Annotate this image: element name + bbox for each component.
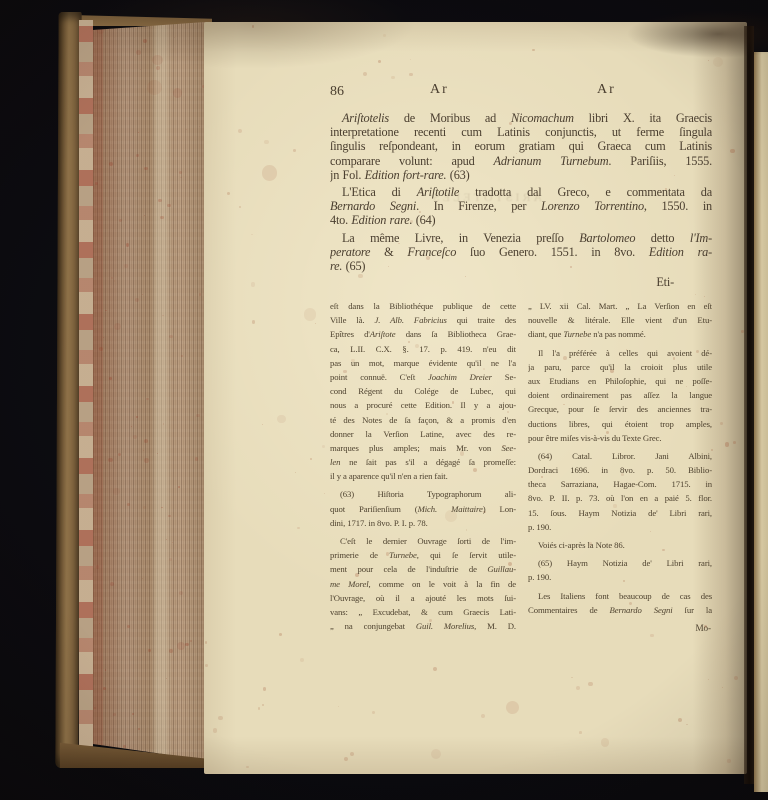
foxing-speck (297, 527, 299, 529)
foxing-speck (103, 337, 104, 338)
foxing-speck (126, 243, 129, 246)
foxing-speck (169, 649, 173, 653)
text-line: Ville là. J. Alb. Fabricius qui traite d… (330, 315, 516, 329)
foxing-speck (264, 140, 268, 144)
foxing-speck (708, 679, 709, 680)
foxing-speck (713, 57, 723, 67)
foxing-speck (601, 738, 610, 747)
foxing-speck (218, 716, 222, 720)
foxing-speck (251, 234, 253, 236)
text-line: té des Notes de ſa façon, & a promis d'e… (330, 415, 516, 429)
foxing-speck (252, 25, 255, 28)
foxing-speck (119, 219, 122, 222)
text-line: pour être miſes vis-à-vis du Texte Grec. (528, 433, 712, 447)
foxing-speck (704, 296, 705, 297)
text-line: (64) Catal. Libror. Jani Albini, (528, 451, 712, 465)
foxing-speck (576, 686, 580, 690)
foxing-speck (262, 165, 278, 181)
foxing-speck (344, 757, 348, 761)
foxing-speck (196, 414, 199, 417)
text-line: aux Etudians en Philoſophie, qui ne poſſ… (528, 376, 712, 390)
foxing-speck (99, 623, 100, 624)
foxing-speck (239, 206, 241, 208)
foxing-speck (143, 450, 144, 451)
foxing-speck (174, 37, 175, 38)
page-edge-speckles (93, 22, 205, 760)
text-line: interpretatione recenti cum Latinis conj… (330, 125, 712, 139)
foxing-speck (105, 669, 106, 670)
foxing-speck (158, 199, 162, 203)
foxing-speck (733, 441, 736, 444)
foxing-speck (383, 34, 386, 37)
text-line: primerie de Turnebe, qui ſe ſervit utile… (330, 550, 516, 564)
foxing-speck (110, 582, 114, 586)
foxing-speck (205, 664, 208, 667)
foxing-speck (136, 416, 138, 418)
foxing-speck (179, 591, 183, 595)
foxing-speck (199, 126, 200, 127)
footnotes-section: eſt dans la Bibliothéque publique de cet… (330, 301, 712, 637)
foxing-speck (160, 216, 164, 220)
foxing-speck (579, 731, 582, 734)
foxing-speck (431, 749, 441, 759)
foxing-speck (180, 177, 181, 178)
notes-left-column: eſt dans la Bibliothéque publique de cet… (330, 301, 516, 637)
foxing-speck (722, 687, 723, 688)
foxing-speck (114, 280, 116, 282)
foxing-speck (142, 578, 143, 579)
foxing-speck (324, 493, 325, 494)
text-line: eſt dans la Bibliothéque publique de cet… (330, 301, 516, 315)
foxing-speck (227, 192, 230, 195)
text-line: La même Livre, in Venezia preſſo Bartolo… (330, 231, 712, 245)
foxing-speck (127, 503, 130, 506)
text-line: marques plus amples; mais Mr. von See- (330, 443, 516, 457)
foxing-speck (279, 633, 282, 636)
notes-right-column: „ LV. xii Cal. Mart. „ La Verſion en eſt… (528, 301, 712, 637)
text-line: Commentaires de Bernardo Segni ſur la (528, 605, 712, 619)
foxing-speck (133, 435, 137, 439)
foxing-speck (144, 439, 148, 443)
foxing-speck (263, 687, 266, 690)
foxing-speck (177, 642, 184, 649)
paragraph: Voiés ci-après la Note 86. (528, 540, 712, 554)
text-line: 4to. Edition rare. (64) (330, 213, 712, 227)
foxing-speck (135, 298, 139, 302)
text-line: L'Etica di Ariſtotile tradotta dal Greco… (330, 185, 712, 199)
foxing-speck (277, 415, 286, 424)
foxing-speck (378, 60, 381, 63)
foxing-speck (103, 687, 106, 690)
text-line: jn Fol. Edition fort-rare. (63) (330, 168, 712, 182)
foxing-speck (111, 277, 113, 279)
adjacent-page-sliver (754, 52, 768, 792)
text-line: „ LV. xii Cal. Mart. „ La Verſion en eſt (528, 301, 712, 315)
foxing-speck (161, 507, 162, 508)
foxing-speck (143, 506, 146, 509)
paragraph: C'eſt le dernier Ouvrage ſorti de l'im-p… (330, 536, 516, 635)
foxing-speck (144, 458, 148, 462)
foxing-speck (410, 59, 411, 60)
main-paragraphs: Ariſtotelis de Moribus ad Nicomachum lib… (330, 111, 712, 273)
paragraph: Il l'a préférée à celles qui avoient dé-… (528, 348, 712, 447)
text-line: vans: „ Excudebat, & cum Graecis Lati- (330, 607, 516, 621)
text-line: 15. ſous. Haym Notizia de' Libri rari, (528, 508, 712, 522)
text-line: ſingulis reſpondeant, in eorum gratiam q… (330, 139, 712, 153)
mid-catchword: Eti- (330, 275, 712, 289)
foxing-speck (251, 282, 255, 286)
foxing-speck (166, 678, 167, 679)
foxing-speck (571, 677, 572, 678)
foxing-speck (181, 355, 183, 357)
text-line: „ na conjungebat Guil. Morelius, M. D. (330, 621, 516, 635)
text-line: ductions libres, qui étoient trop amples… (528, 419, 712, 433)
running-head-right: Ar (597, 82, 616, 98)
running-head-left: Ar (430, 82, 449, 98)
page-gutter-shadow (744, 26, 754, 784)
foxing-speck (124, 264, 128, 268)
foxing-speck (246, 766, 249, 769)
text-line: doient ordinairement pas aſſez la langue (528, 390, 712, 404)
foxing-speck (252, 320, 255, 323)
foxing-speck (148, 649, 151, 652)
paragraph: Les Italiens font beaucoup de cas desCom… (528, 591, 712, 619)
foxing-speck (179, 171, 182, 174)
paragraph: L'Etica di Ariſtotile tradotta dal Greco… (330, 185, 712, 228)
text-line: cond Régent du Colége de Lubec, qui (330, 386, 516, 400)
text-line: Grecque, pour ſe ſervir des anciennes tr… (528, 404, 712, 418)
running-header: 86 Ar Ar (330, 84, 712, 104)
paragraph: Ariſtotelis de Moribus ad Nicomachum lib… (330, 111, 712, 182)
foxing-speck (162, 315, 164, 317)
text-line: (65) Haym Notizia de' Libri rari, (528, 558, 712, 572)
foxing-speck (138, 728, 140, 730)
foxing-speck (678, 718, 682, 722)
foxing-speck (144, 167, 148, 171)
paragraph: (64) Catal. Libror. Jani Albini,Dordraci… (528, 451, 712, 536)
text-line: nouvelle & litérale. Elle vient d'un Etu… (528, 315, 712, 329)
foxing-speck (338, 706, 339, 707)
text-line: p. 190. (528, 522, 712, 536)
text-line: Il l'a préférée à celles qui avoient dé- (528, 348, 712, 362)
text-line: len ne ſait pas s'il a dégagé ſa promeſſ… (330, 457, 516, 471)
foxing-speck (146, 398, 148, 400)
text-line: l'Ouvrage, où il a ajouté les mots ſui- (330, 593, 516, 607)
book-cover-edge (55, 12, 81, 768)
text-line: dini, 1717. in 8vo. P. I. p. 78. (330, 518, 516, 532)
foxing-speck (157, 453, 158, 454)
text-line: point connuë. C'eſt Joachim Dreier Se- (330, 372, 516, 386)
paragraph: (63) Hiſtoria Typographorum ali-quot Par… (330, 489, 516, 532)
foxing-speck (138, 132, 139, 133)
foxing-speck (109, 377, 112, 380)
foxing-speck (532, 49, 534, 51)
foxing-speck (258, 707, 261, 710)
foxing-speck (213, 728, 217, 732)
foxing-speck (300, 658, 304, 662)
foxing-speck (132, 713, 134, 715)
text-line: 8vo. P. II. p. 73. où l'on en a paié 5. … (528, 493, 712, 507)
foxing-speck (304, 308, 317, 321)
foxing-speck (725, 442, 729, 446)
text-line: (63) Hiſtoria Typographorum ali- (330, 489, 516, 503)
foxing-speck (142, 294, 143, 295)
foxing-speck (94, 707, 95, 708)
foxing-speck (113, 488, 119, 494)
foxing-speck (199, 293, 201, 295)
foxing-speck (730, 149, 734, 153)
foxing-speck (105, 310, 106, 311)
text-line: ment pour cela de l'induſtrie de Guillau… (330, 564, 516, 578)
foxing-speck (238, 129, 242, 133)
foxing-speck (147, 80, 162, 95)
foxing-speck (109, 162, 113, 166)
foxing-speck (185, 643, 188, 646)
foxing-speck (506, 701, 519, 714)
foxing-speck (136, 50, 140, 54)
text-line: Voiés ci-après la Note 86. (528, 540, 712, 554)
foxing-speck (293, 149, 296, 152)
foxing-speck (205, 641, 207, 643)
foxing-speck (118, 453, 121, 456)
main-text-block: Ariſtotelis de Moribus ad Nicomachum lib… (330, 111, 712, 289)
foxing-speck (123, 745, 126, 748)
foxing-speck (262, 704, 264, 706)
foxing-speck (588, 682, 592, 686)
text-line: quot Pariſienſium (Mich. Maittaire) Lon- (330, 504, 516, 518)
text-line: nous a procuré cette Edition. Il y a ajo… (330, 400, 516, 414)
foxing-speck (350, 752, 354, 756)
foxing-speck (262, 424, 263, 425)
text-line: p. 190. (528, 572, 712, 586)
foxing-speck (295, 472, 296, 473)
text-line: Dordraci 1696. in 8vo. p. 50. Biblio- (528, 465, 712, 479)
bottom-catchword: Mo- (528, 623, 712, 637)
foxing-speck (195, 457, 198, 460)
paragraph: (65) Haym Notizia de' Libri rari,p. 190. (528, 558, 712, 586)
text-line: pas un mot, marque évidente qu'il ne l'a (330, 358, 516, 372)
foxing-speck (95, 182, 98, 185)
foxing-speck (156, 66, 160, 70)
text-line: comparare volunt: apud Adrianum Turnebum… (330, 154, 712, 168)
foxing-speck (96, 565, 99, 568)
paragraph: „ LV. xii Cal. Mart. „ La Verſion en eſt… (528, 301, 712, 344)
foxing-speck (127, 625, 130, 628)
foxing-speck (173, 88, 183, 98)
foxing-speck (391, 76, 395, 80)
foxing-speck (720, 422, 723, 425)
text-line: me Morel, comme on le voit à la fin de (330, 579, 516, 593)
foxing-speck (186, 129, 187, 130)
text-line: donner la Verſion Latine, avec des re- (330, 429, 516, 443)
foxing-speck (695, 294, 696, 295)
book-page: ARISTOTELES 86 Ar Ar Ariſtotelis de Mori… (204, 22, 747, 774)
foxing-speck (168, 515, 170, 517)
foxing-speck (163, 423, 164, 424)
foxing-speck (136, 154, 138, 156)
foxing-speck (140, 69, 141, 70)
text-line: il y a aparence qu'il n'en a rien fait. (330, 471, 516, 485)
foxing-speck (166, 539, 167, 540)
foxing-speck (169, 558, 172, 561)
foxing-speck (734, 676, 738, 680)
text-line: re. (65) (330, 259, 712, 273)
foxing-speck (409, 73, 412, 76)
foxing-speck (143, 39, 147, 43)
paragraph: La même Livre, in Venezia preſſo Bartolo… (330, 231, 712, 274)
text-line: Les Italiens font beaucoup de cas des (528, 591, 712, 605)
text-line: Ariſtotelis de Moribus ad Nicomachum lib… (330, 111, 712, 125)
photo-background: ARISTOTELES 86 Ar Ar Ariſtotelis de Mori… (0, 0, 768, 800)
text-line: Bernardo Segni. In Firenze, per Lorenzo … (330, 199, 712, 213)
text-line: C'eſt le dernier Ouvrage ſorti de l'im- (330, 536, 516, 550)
foxing-speck (322, 445, 325, 448)
foxing-speck (727, 759, 730, 762)
text-line: ja paru, parce qu'il la croioit plus uti… (528, 362, 712, 376)
text-line: diant, que Turnebe n'a pas nommé. (528, 329, 712, 343)
foxing-speck (152, 55, 163, 66)
foxing-speck (178, 486, 180, 488)
foxing-speck (114, 323, 121, 330)
page-number: 86 (330, 84, 344, 100)
foxing-speck (708, 60, 709, 61)
foxing-speck (310, 458, 312, 460)
foxing-speck (433, 667, 437, 671)
foxing-speck (131, 426, 132, 427)
marbled-page-edge (79, 20, 93, 762)
text-line: theca Sarraziana, Hagae-Com. 1715. in (528, 479, 712, 493)
notes-right-paragraphs: „ LV. xii Cal. Mart. „ La Verſion en eſt… (528, 301, 712, 619)
foxing-speck (686, 724, 688, 726)
foxing-speck (167, 204, 170, 207)
page-edge-stack (93, 22, 205, 760)
foxing-speck (372, 711, 375, 714)
foxing-speck (99, 347, 103, 351)
text-line: Epîtres d'Ariſtote dans ſa Bibliotheca G… (330, 329, 516, 343)
foxing-speck (108, 458, 112, 462)
text-line: peratore & Franceſco ſuo Genero. 1551. i… (330, 245, 712, 259)
foxing-speck (363, 72, 367, 76)
foxing-speck (481, 714, 485, 718)
text-line: ca, L.II. C.X. §. 17. p. 419. n'eu dit (330, 344, 516, 358)
foxing-speck (315, 323, 317, 325)
foxing-speck (172, 542, 174, 544)
paragraph: eſt dans la Bibliothéque publique de cet… (330, 301, 516, 485)
foxing-speck (113, 713, 116, 716)
foxing-speck (169, 335, 172, 338)
foxing-speck (190, 640, 192, 642)
foxing-speck (144, 215, 145, 216)
